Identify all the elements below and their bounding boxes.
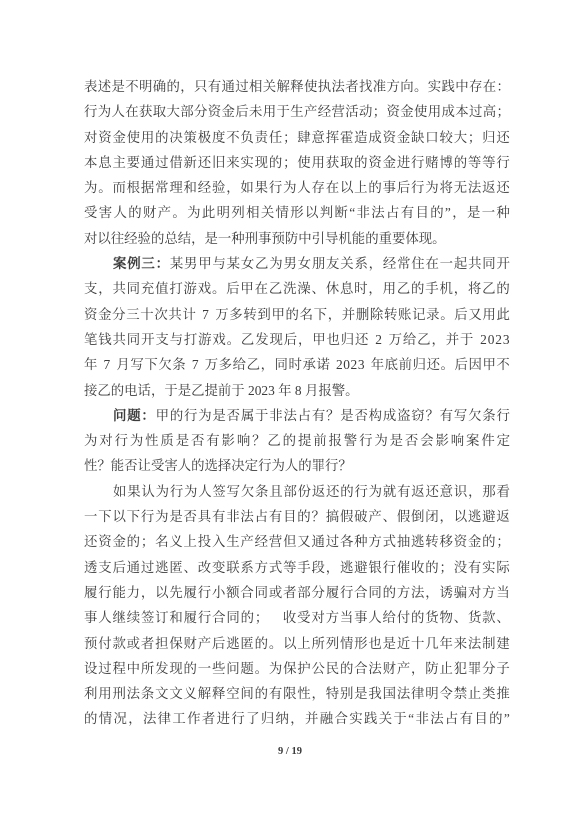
- text-line: 表述是不明确的，只有通过相关解释使执法者找准方向。实践中存在：: [84, 74, 510, 99]
- page-text: 表述是不明确的，只有通过相关解释使执法者找准方向。实践中存在：行为人在获取大部分…: [84, 74, 510, 732]
- text-line: 还资金的；名义上投入生产经营但又通过各种方式抽逃转移资金的；: [84, 529, 510, 554]
- text-line: 行为人在获取大部分资金后未用于生产经营活动；资金使用成本过高；: [84, 99, 510, 124]
- text-line: 为。而根据常理和经验，如果行为人存在以上的事后行为将无法返还: [84, 175, 510, 200]
- text-line: 利用刑法条文文义解释空间的有限性，特别是我国法律明令禁止类推: [84, 681, 510, 706]
- text-line: 事人继续签订和履行合同的； 收受对方当事人给付的货物、货款、: [84, 605, 510, 630]
- text-line: 接乙的电话，于是乙提前于 2023 年 8 月报警。: [84, 378, 510, 403]
- text-line: 支，共同充值打游戏。后甲在乙洗澡、休息时，用乙的手机，将乙的: [84, 276, 510, 301]
- text-line: 受害人的财产。为此明列相关情形以判断“非法占有目的”，是一种: [84, 200, 510, 225]
- text-line: 本息主要通过借新还旧来实现的；使用获取的资金进行赌博的等等行: [84, 150, 510, 175]
- text-line: 年 7 月写下欠条 7 万多给乙，同时承诺 2023 年底前归还。后因甲不: [84, 352, 510, 377]
- text-line: 问题：甲的行为是否属于非法占有？是否构成盗窃？有写欠条行: [84, 403, 510, 428]
- text-line: 一下以下行为是否具有非法占有目的？搞假破产、假倒闭，以逃避返: [84, 504, 510, 529]
- text-line: 履行能力，以先履行小额合同或者部分履行合同的方法，诱骗对方当: [84, 580, 510, 605]
- document-page: 表述是不明确的，只有通过相关解释使执法者找准方向。实践中存在：行为人在获取大部分…: [0, 0, 580, 820]
- text-line: 对资金使用的决策极度不负责任；肆意挥霍造成资金缺口较大；归还: [84, 125, 510, 150]
- text-line: 透支后通过逃匿、改变联系方式等手段，逃避银行催收的；没有实际: [84, 555, 510, 580]
- text-line: 资金分三十次共计 7 万多转到甲的名下，并删除转账记录。后又用此: [84, 302, 510, 327]
- text-line: 对以往经验的总结，是一种刑事预防中引导机能的重要体现。: [84, 226, 510, 251]
- text-line: 为对行为性质是否有影响？乙的提前报警行为是否会影响案件定: [84, 428, 510, 453]
- text-line: 案例三：某男甲与某女乙为男女朋友关系，经常住在一起共同开: [84, 251, 510, 276]
- text-line: 如果认为行为人签写欠条且部份返还的行为就有返还意识，那看: [84, 479, 510, 504]
- text-line: 性？能否让受害人的选择决定行为人的罪行？: [84, 453, 510, 478]
- text-line: 的情况，法律工作者进行了归纳，并融合实践关于“非法占有目的”: [84, 706, 510, 731]
- text-line: 预付款或者担保财产后逃匿的。以上所列情形也是近十几年来法制建: [84, 631, 510, 656]
- text-line: 笔钱共同开支与打游戏。乙发现后，甲也归还 2 万给乙，并于 2023: [84, 327, 510, 352]
- page-footer: 9 / 19: [0, 746, 580, 757]
- text-line: 设过程中所发现的一些问题。为保护公民的合法财产，防止犯罪分子: [84, 656, 510, 681]
- page-number: 9 / 19: [278, 746, 302, 757]
